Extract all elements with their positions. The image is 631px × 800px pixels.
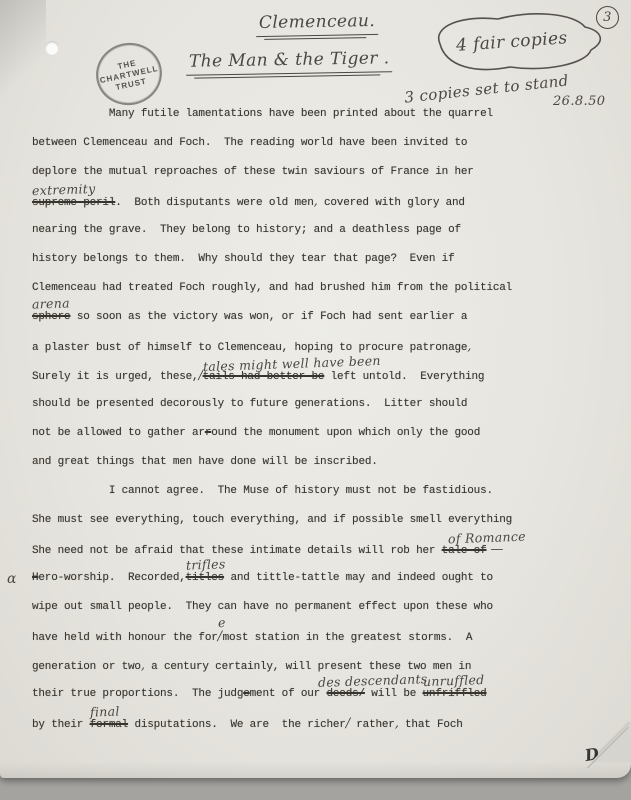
typescript-line: have held with honour the for/emost stat… — [32, 622, 512, 651]
typescript-line: supreme perilextremity. Both disputants … — [32, 187, 512, 216]
typescript-line: between Clemenceau and Foch. The reading… — [32, 129, 512, 158]
typed-text: and tittle-tattle may and indeed ought t… — [224, 572, 493, 584]
fair-copies-note: 4 fair copies — [424, 8, 610, 84]
typed-text: will be — [365, 688, 423, 700]
typescript-line: She need not be afraid that these intima… — [32, 535, 512, 564]
typed-text: their true proportions. The judg — [32, 688, 243, 700]
typed-text: disputations. We are the richer — [128, 719, 346, 731]
correction: unfriffledunruffled — [423, 680, 487, 709]
correction: deeds/des descendants — [326, 680, 364, 709]
typed-text: rather — [350, 719, 395, 731]
typed-text: left untold. Everything — [324, 371, 484, 383]
typescript: Many futile lamentations have been print… — [32, 100, 512, 738]
typescript-line: Clemenceau had treated Foch roughly, and… — [32, 274, 512, 303]
subtitle-text: The Man & the Tiger . — [186, 48, 393, 76]
handwritten-correction: extremity — [32, 184, 96, 196]
handwritten-correction: arena — [32, 298, 70, 309]
title-text: Clemenceau. — [256, 11, 379, 37]
typed-text: . Both disputants were old men — [115, 197, 313, 209]
struck-text: formal — [90, 719, 128, 731]
handwritten-correction: des descendants — [318, 674, 428, 688]
typescript-line: Many futile lamentations have been print… — [32, 100, 512, 129]
insertion: /e — [218, 622, 223, 653]
typed-text: nearing the grave. They belong to histor… — [32, 224, 461, 236]
typescript-line: and great things that men have done will… — [32, 448, 512, 477]
typed-text: covered with glory and — [318, 197, 465, 209]
typescript-line: should be presented decorously to future… — [32, 390, 512, 419]
struck-text: deeds/ — [326, 688, 364, 700]
struck-text: sphere — [32, 311, 70, 323]
typescript-line: I cannot agree. The Muse of history must… — [32, 477, 512, 506]
typescript-line: nearing the grave. They belong to histor… — [32, 216, 512, 245]
correction: supreme perilextremity — [32, 189, 115, 218]
correction: spherearena — [32, 303, 70, 332]
typescript-line: Surely it is urged, these,/tails had bet… — [32, 361, 512, 390]
handwritten-title: Clemenceau. — [256, 12, 378, 36]
typed-text: between Clemenceau and Foch. The reading… — [32, 137, 467, 149]
paper-page: 3 THE CHARTWELL TRUST Clemenceau. The Ma… — [0, 0, 631, 778]
correction: e — [243, 680, 249, 709]
correction: formalfinal — [90, 711, 128, 740]
typed-text: Many futile lamentations have been print… — [32, 108, 493, 120]
typed-text: I cannot agree. The Muse of history must… — [32, 485, 493, 497]
typed-text: not be allowed to gather ar — [32, 427, 205, 439]
struck-text: tale of — [442, 545, 487, 557]
struck-text: H — [32, 572, 38, 584]
margin-mark: α — [7, 565, 16, 594]
typed-text: ound the monument upon which only the go… — [211, 427, 480, 439]
handwritten-correction: final — [89, 706, 119, 717]
typed-text: ero-worship. Recorded, — [38, 572, 185, 584]
struck-text: r — [205, 427, 211, 439]
handwritten-correction: e — [217, 618, 225, 628]
typed-text: that Foch — [399, 719, 463, 731]
typed-text: Clemenceau had treated Foch roughly, and… — [32, 282, 512, 294]
struck-text: titles — [186, 572, 224, 584]
typed-text: and great things that men have done will… — [32, 456, 378, 468]
typed-text: a plaster bust of himself to Clemenceau,… — [32, 342, 467, 354]
handwritten-subtitle: The Man & the Tiger . — [186, 50, 392, 74]
handwritten-correction: unruffled — [422, 675, 484, 687]
correction: H — [32, 564, 38, 593]
correction: r — [205, 419, 211, 448]
typescript-line: spherearena so soon as the victory was w… — [32, 303, 512, 332]
typed-text: most station in the greatest storms. A — [223, 632, 473, 644]
handwritten-correction: trifles — [185, 559, 225, 570]
typescript-line: by their formalfinal disputations. We ar… — [32, 709, 512, 738]
typed-text: by their — [32, 719, 90, 731]
correction: tale ofof Romance — [442, 537, 487, 566]
typed-text: ment of our — [250, 688, 327, 700]
date-note: 26.8.50 — [553, 94, 605, 109]
handwritten-correction: tales might well have been — [203, 356, 381, 372]
punch-hole — [45, 41, 59, 55]
typescript-line: αHero-worship. Recorded,titlestrifles an… — [32, 564, 512, 593]
typed-text: so soon as the victory was won, or if Fo… — [70, 311, 467, 323]
typed-text: should be presented decorously to future… — [32, 398, 467, 410]
typescript-line: history belongs to them. Why should they… — [32, 245, 512, 274]
typed-text: She must see everything, touch everythin… — [32, 514, 512, 526]
typed-text: Surely it is urged, these, — [32, 371, 198, 383]
typescript-line: wipe out small people. They can have no … — [32, 593, 512, 622]
struck-text: unfriffled — [423, 688, 487, 700]
struck-text: e — [243, 688, 249, 700]
correction: titlestrifles — [186, 564, 224, 593]
typed-text: She need not be afraid that these intima… — [32, 545, 442, 557]
typescript-line: deplore the mutual reproaches of these t… — [32, 158, 512, 187]
handwritten-correction: of Romance — [448, 532, 526, 545]
typed-text: generation or two — [32, 661, 141, 673]
typed-text: history belongs to them. Why should they… — [32, 253, 454, 265]
typed-text: deplore the mutual reproaches of these t… — [32, 166, 474, 178]
typescript-line: She must see everything, touch everythin… — [32, 506, 512, 535]
typed-text: wipe out small people. They can have no … — [32, 601, 493, 613]
typescript-line: not be allowed to gather arround the mon… — [32, 419, 512, 448]
struck-text: supreme peril — [32, 197, 115, 209]
typed-text: have held with honour the for — [32, 632, 218, 644]
correction: tails had better betales might well have… — [203, 363, 325, 392]
handwritten-mark: , — [467, 339, 471, 354]
